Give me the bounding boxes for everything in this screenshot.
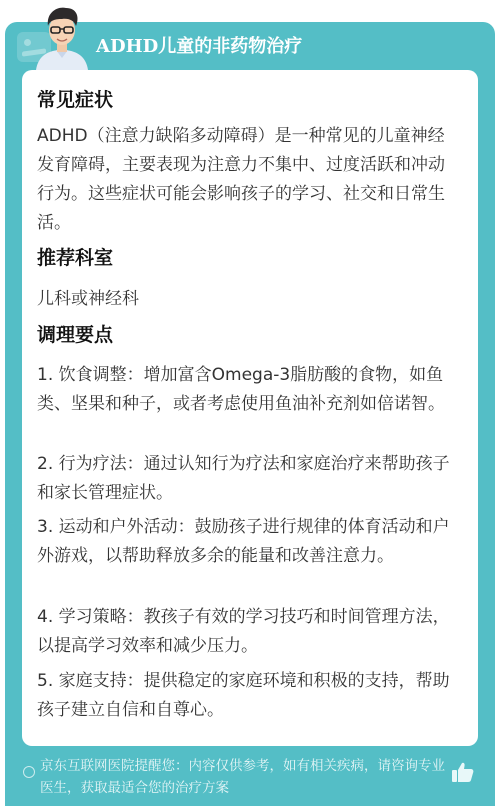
- symptoms-text: ADHD（注意力缺陷多动障碍）是一种常见的儿童神经发育障碍，主要表现为注意力不集…: [37, 122, 457, 238]
- care-item: 5. 家庭支持：提供稳定的家庭环境和积极的支持，帮助孩子建立自信和自尊心。: [37, 667, 457, 725]
- disclaimer-text: 京东互联网医院提醒您：内容仅供参考，如有相关疾病，请咨询专业医生，获取最适合您的…: [40, 755, 455, 799]
- info-icon: [23, 766, 35, 778]
- thumbs-up-icon[interactable]: [452, 762, 474, 782]
- section-title-department: 推荐科室: [37, 244, 113, 272]
- department-text: 儿科或神经科: [37, 285, 139, 314]
- doctor-avatar: [30, 4, 94, 70]
- care-item: 3. 运动和户外活动：鼓励孩子进行规律的体育活动和户外游戏，以帮助释放多余的能量…: [37, 513, 457, 571]
- care-item: 1. 饮食调整：增加富含Omega-3脂肪酸的食物，如鱼类、坚果和种子，或者考虑…: [37, 361, 457, 419]
- section-title-symptoms: 常见症状: [37, 86, 113, 114]
- care-item: 2. 行为疗法：通过认知行为疗法和家庭治疗来帮助孩子和家长管理症状。: [37, 450, 457, 508]
- care-item: 4. 学习策略：教孩子有效的学习技巧和时间管理方法，以提高学习效率和减少压力。: [37, 603, 457, 661]
- page-title: ADHD儿童的非药物治疗: [96, 32, 302, 58]
- section-title-care: 调理要点: [37, 321, 113, 349]
